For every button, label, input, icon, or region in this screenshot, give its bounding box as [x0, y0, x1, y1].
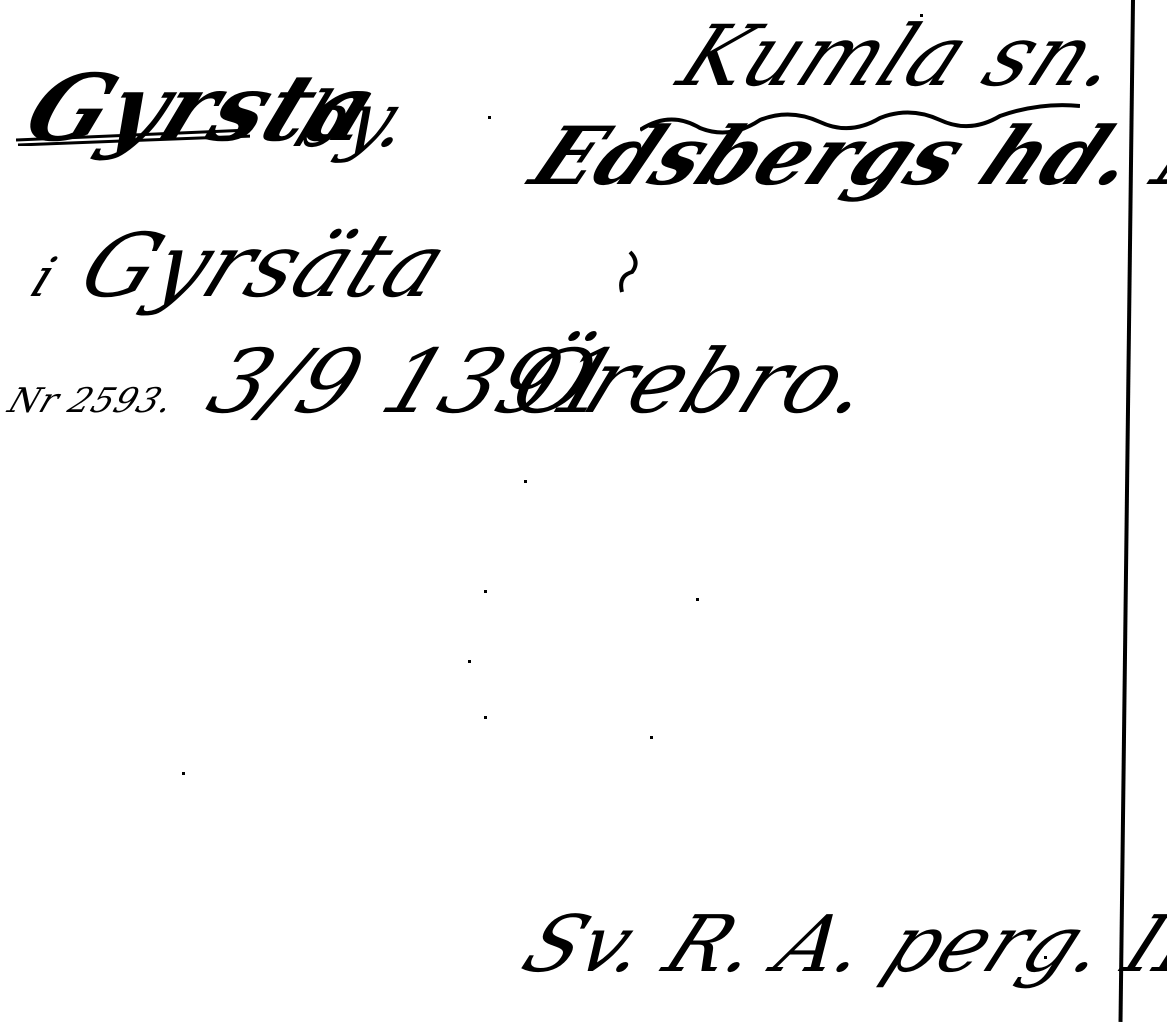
double-underline	[16, 128, 250, 146]
scan-speck	[920, 14, 923, 17]
scan-speck	[696, 598, 699, 601]
village-line: i Gyrsäta	[22, 222, 459, 310]
insertion-mark	[612, 248, 652, 298]
scan-speck	[488, 116, 491, 119]
scan-speck	[484, 590, 487, 593]
record-number: Nr 2593.	[4, 384, 179, 418]
county-line2: Edsbergs hd. Nrk.	[520, 116, 1167, 196]
scan-speck	[1044, 956, 1047, 959]
county-title: Kumla sn.	[668, 14, 1137, 98]
scan-speck	[524, 480, 527, 483]
record-place: Örebro.	[500, 338, 887, 426]
scan-speck	[484, 716, 487, 719]
scan-speck	[182, 772, 185, 775]
archive-reference: Sv. R. A. perg. II.	[512, 906, 1167, 984]
village-prefix: i	[22, 246, 66, 309]
scan-speck	[650, 736, 653, 739]
village-name: Gyrsäta	[66, 214, 462, 317]
scan-speck	[468, 660, 471, 663]
archival-card: Gyrsta by. i Gyrsäta Kumla sn. Edsbergs …	[0, 0, 1167, 1022]
